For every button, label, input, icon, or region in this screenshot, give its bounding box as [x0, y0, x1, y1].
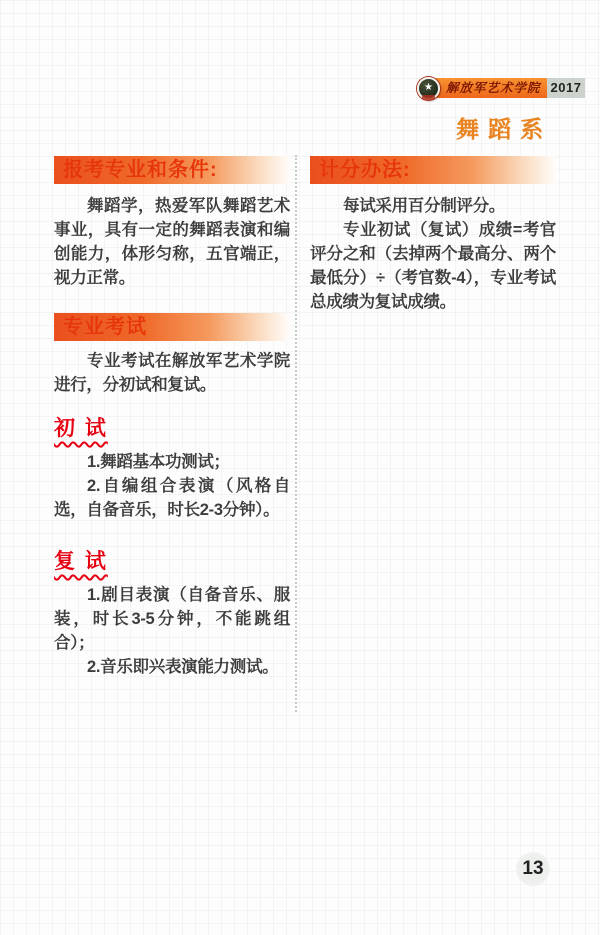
- preliminary-exam-heading: 初 试: [54, 412, 108, 442]
- page-number: 13: [516, 852, 550, 886]
- section-title-scoring-method-label: 计分办法:: [319, 159, 411, 181]
- badge-year: 2017: [547, 78, 586, 98]
- apply-conditions-text: 舞蹈学，热爱军队舞蹈艺术事业，具有一定的舞蹈表演和编创能力，体形匀称，五官端正，…: [54, 194, 290, 290]
- column-divider: [295, 155, 297, 712]
- section-title-scoring-method: 计分办法:: [310, 156, 556, 184]
- scoring-method-paragraph: 每试采用百分制评分。: [310, 194, 556, 218]
- retrial-exam-block: 复 试 1.剧目表演（自备音乐、服装，时长3-5分钟，不能跳组合）； 2.音乐即…: [54, 536, 290, 679]
- department-title: 舞蹈系: [456, 111, 552, 144]
- section-title-professional-exam-label: 专业考试: [63, 316, 147, 338]
- professional-exam-text: 专业考试在解放军艺术学院进行，分初试和复试。: [54, 349, 290, 397]
- left-column: 报考专业和条件: 舞蹈学，热爱军队舞蹈艺术事业，具有一定的舞蹈表演和编创能力，体…: [54, 156, 290, 679]
- preliminary-exam-item: 1.舞蹈基本功测试；: [54, 450, 290, 474]
- retrial-exam-heading: 复 试: [54, 545, 108, 575]
- preliminary-exam-block: 初 试 1.舞蹈基本功测试； 2.自编组合表演（风格自选，自备音乐，时长2-3分…: [54, 403, 290, 522]
- retrial-exam-item: 2.音乐即兴表演能力测试。: [54, 655, 290, 679]
- section-title-apply-conditions: 报考专业和条件:: [54, 156, 290, 184]
- academy-emblem-icon: ★: [417, 77, 440, 100]
- section-title-apply-conditions-label: 报考专业和条件:: [63, 159, 218, 181]
- brochure-page: ★ 解放军艺术学院 2017 舞蹈系 报考专业和条件: 舞蹈学，热爱军队舞蹈艺术…: [0, 0, 600, 935]
- preliminary-exam-item: 2.自编组合表演（风格自选，自备音乐，时长2-3分钟）。: [54, 474, 290, 522]
- section-title-professional-exam: 专业考试: [54, 313, 290, 341]
- page-number-value: 13: [522, 858, 543, 880]
- school-badge: ★ 解放军艺术学院 2017: [417, 76, 585, 100]
- right-column: 计分办法: 每试采用百分制评分。 专业初试（复试）成绩=考官评分之和（去掉两个最…: [310, 156, 556, 314]
- retrial-exam-item: 1.剧目表演（自备音乐、服装，时长3-5分钟，不能跳组合）；: [54, 583, 290, 655]
- scoring-method-paragraph: 专业初试（复试）成绩=考官评分之和（去掉两个最高分、两个最低分）÷（考官数-4）…: [310, 218, 556, 314]
- school-name: 解放军艺术学院: [434, 78, 547, 98]
